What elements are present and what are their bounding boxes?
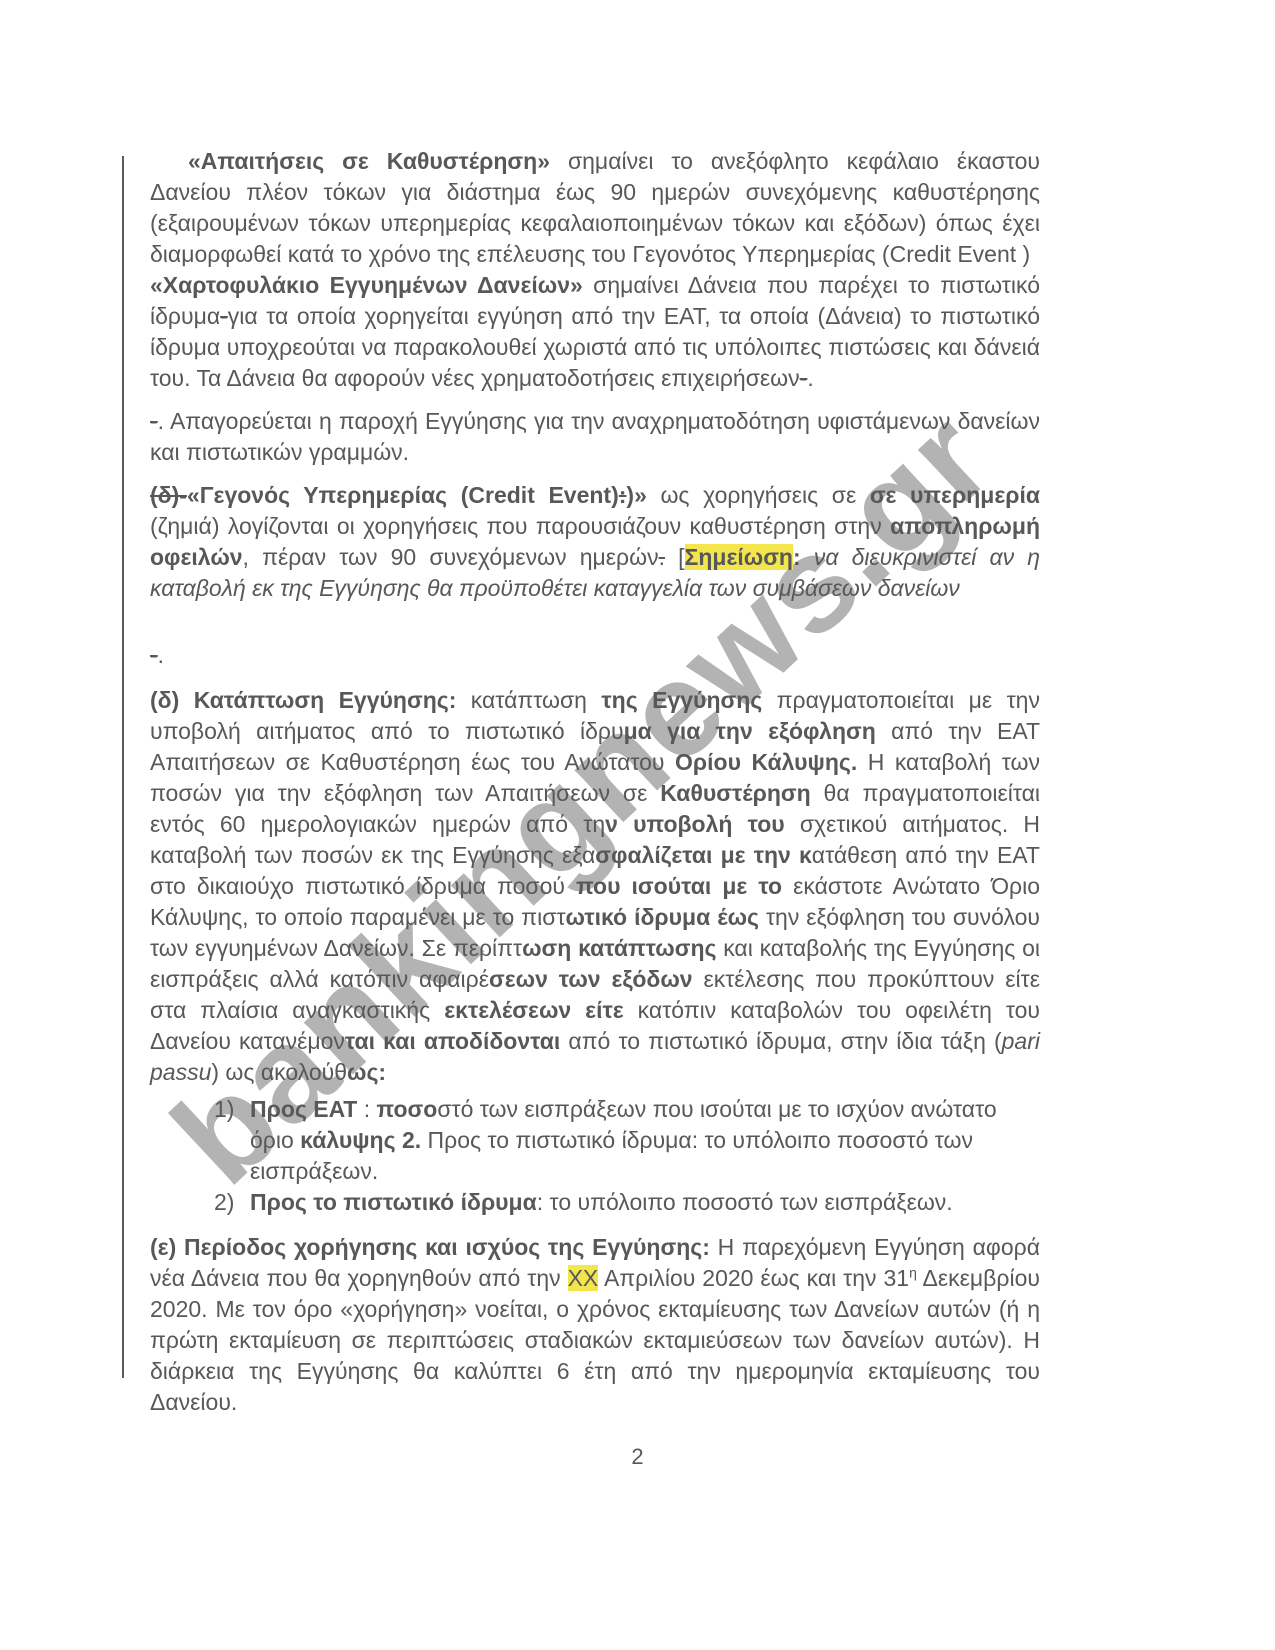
text-run: μα για την εξόφληση [624, 718, 876, 744]
text-run: Προς ΕΑΤ [250, 1096, 357, 1122]
revision-bar [122, 156, 124, 1378]
text-run: ται και αποδίδονται [345, 1028, 560, 1054]
text-run: για τα οποία χορηγείται εγγύηση από την … [150, 303, 1040, 391]
document-body: «Απαιτήσεις σε Καθυστέρηση» σημαίνει το … [150, 146, 1040, 1418]
text-run: «Απαιτήσεις σε Καθυστέρηση» [188, 148, 550, 174]
text-run: από το πιστωτικό ίδρυμα, στην ίδια τάξη … [560, 1028, 1001, 1054]
text-run: [ [665, 544, 685, 570]
text-run: ως: [347, 1059, 386, 1085]
text-run: σεων των εξόδων [489, 966, 693, 992]
text-run [801, 544, 814, 570]
text-run: . Απαγορεύεται η παροχή Εγγύησης για την… [150, 408, 1040, 465]
text-run: που ισούται με το [576, 873, 782, 899]
para-guarantee-period: (ε) Περίοδος χορήγησης και ισχύος της Εγ… [150, 1232, 1040, 1418]
text-run: Καθυστέρηση [660, 780, 810, 806]
text-run: η [909, 1264, 917, 1280]
text-run: σε υπερημερία [870, 482, 1040, 508]
list-marker: 2) [214, 1187, 250, 1218]
text-run: «Γεγονός Υπερημερίας (Credit Event) [187, 482, 619, 508]
text-run: 2. [402, 1127, 421, 1153]
list-item-credit-institution: 2)Προς το πιστωτικό ίδρυμα: το υπόλοιπο … [150, 1187, 1040, 1218]
text-run: . [158, 642, 164, 668]
text-run: ωση κατάπτωσης [522, 935, 716, 961]
text-run: ωτικό ίδρυμα έως [566, 904, 759, 930]
para-credit-event: (δ)-«Γεγονός Υπερημερίας (Credit Event):… [150, 480, 1040, 604]
text-run: εκτελέσεων είτε [444, 997, 623, 1023]
text-run: ν υποβολή του [605, 811, 785, 837]
para-overdue-claims: «Απαιτήσεις σε Καθυστέρηση» σημαίνει το … [150, 146, 1040, 270]
para-guarantee-call: (δ) Κατάπτωση Εγγύησης: κατάπτωση της Εγ… [150, 685, 1040, 1088]
text-run: Απριλίου 2020 έως και την 31 [598, 1265, 909, 1291]
text-run: «Χαρτοφυλάκιο Εγγυημένων Δανείων» [150, 272, 583, 298]
text-run: Σημείωση [685, 544, 793, 570]
text-run: κατάπτωση [456, 687, 601, 713]
text-run: - [150, 642, 158, 668]
text-run: . [807, 365, 813, 391]
text-run: : [357, 1096, 376, 1122]
text-run: - [150, 408, 158, 434]
para-refinancing-ban: -. Απαγορεύεται η παροχή Εγγύησης για τη… [150, 406, 1040, 468]
text-run: Προς το πιστωτικό ίδρυμα [250, 1189, 537, 1215]
text-run: (δ)- [150, 482, 187, 508]
text-run: (ε) Περίοδος χορήγησης και ισχύος της Εγ… [150, 1234, 710, 1260]
text-run: της Εγγύησης [601, 687, 762, 713]
page-number: 2 [631, 1444, 643, 1469]
text-run: ποσο [377, 1096, 438, 1122]
text-run: σφαλίζεται με την κ [595, 842, 812, 868]
document-page: bankingnews.gr «Απαιτήσεις σε Καθυστέρησ… [0, 0, 1275, 1650]
text-run: ) ως ακολούθ [211, 1059, 347, 1085]
para-deleted-dash: -. [150, 640, 1040, 671]
text-run: : το υπόλοιπο ποσοστό των εισπράξεων. [537, 1189, 953, 1215]
para-guaranteed-portfolio: «Χαρτοφυλάκιο Εγγυημένων Δανείων» σημαίν… [150, 270, 1040, 394]
list-item-eat: 1)Προς ΕΑΤ : ποσοστό των εισπράξεων που … [150, 1094, 1040, 1187]
text-run: : [793, 544, 801, 570]
text-run: )» [626, 482, 646, 508]
list-marker: 1) [214, 1094, 250, 1125]
page-footer: 2 [0, 1444, 1275, 1470]
text-run: , πέραν των 90 συνεχόμενων ημερών [243, 544, 659, 570]
text-run: (ζημιά) λογίζονται οι χορηγήσεις που παρ… [150, 513, 890, 539]
text-run: ως χορηγήσεις σε [647, 482, 870, 508]
text-run: - [220, 303, 228, 329]
text-run: κάλυψης [300, 1127, 395, 1153]
text-run: (δ) Κατάπτωση Εγγύησης: [150, 687, 456, 713]
text-run: ΧΧ [568, 1265, 599, 1291]
text-run: Ορίου Κάλυψης. [675, 749, 857, 775]
